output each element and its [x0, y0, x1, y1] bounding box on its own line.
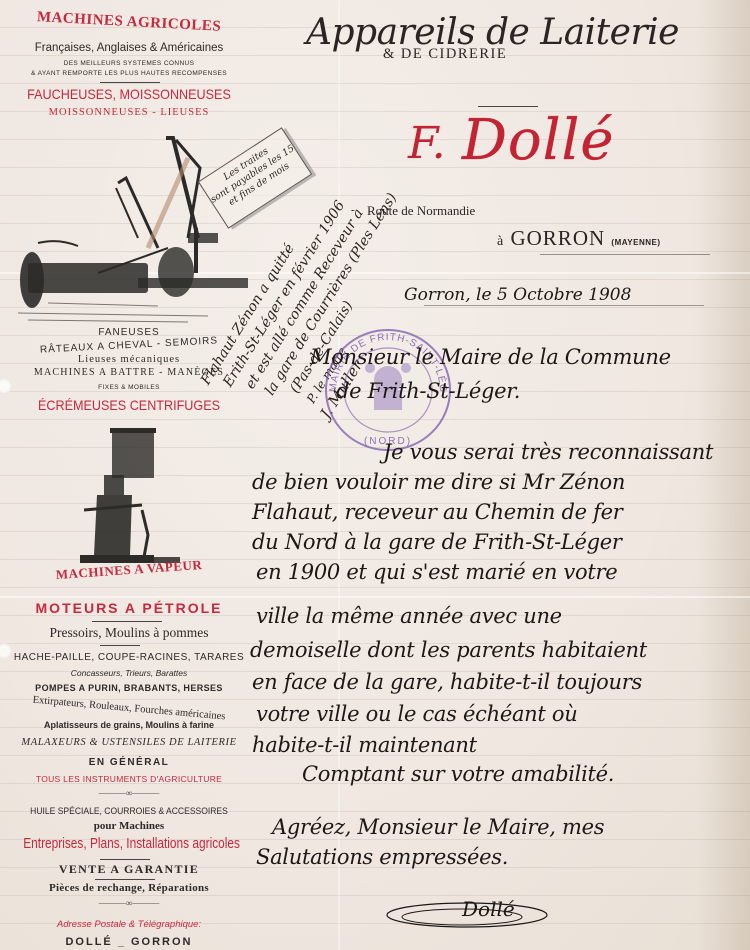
divider	[100, 82, 160, 83]
recipient-line-1: Monsieur le Maire de la Commune	[310, 345, 671, 369]
ornament-divider: ———∞———	[0, 788, 258, 798]
town-address: à GORRON (MAYENNE)	[497, 226, 661, 251]
body-line: Comptant sur votre amabilité.	[302, 762, 614, 786]
pompes-text: POMPES A PURIN, BRABANTS, HERSES	[0, 683, 258, 693]
en-general-text: EN GÉNÉRAL	[0, 757, 258, 768]
body-line: votre ville ou le cas échéant où	[256, 702, 577, 726]
divider	[540, 254, 710, 255]
divider	[100, 859, 150, 860]
entreprises-text: Entreprises, Plans, Installations agrico…	[23, 836, 235, 852]
moteurs-petrole-heading: MOTEURS A PÉTROLE	[0, 600, 258, 616]
cidrerie-heading: & DE CIDRERIE	[383, 46, 507, 63]
divider	[478, 106, 538, 107]
aplatisseurs-text: Aplatisseurs de grains, Moulins à farine	[0, 720, 258, 730]
body-line: en 1900 et qui s'est marié en votre	[256, 560, 617, 584]
ornament-divider: ———∞———	[0, 898, 258, 908]
divider	[100, 645, 140, 646]
town-name: GORRON	[510, 226, 605, 250]
pieces-text: Pièces de rechange, Réparations	[0, 882, 258, 894]
instruments-text: TOUS LES INSTRUMENTS D'AGRICULTURE	[0, 774, 258, 784]
ecremeuses-text: ÉCRÉMEUSES CENTRIFUGES	[13, 397, 245, 413]
hache-paille-text: HACHE-PAILLE, COUPE-RACINES, TARARES	[0, 652, 258, 663]
paper-fold	[0, 596, 750, 598]
body-line: ville la même année avec une	[256, 604, 562, 628]
cream-separator-illustration	[72, 425, 182, 575]
concasseurs-text: Concasseurs, Trieurs, Barattes	[0, 668, 258, 678]
divider	[92, 621, 162, 622]
pour-machines-text: pour Machines	[0, 820, 258, 832]
origins-text: Françaises, Anglaises & Américaines	[0, 42, 258, 54]
recipient-line-2: de Frith-St-Léger.	[336, 379, 520, 403]
body-line: de bien vouloir me dire si Mr Zénon	[252, 470, 625, 494]
body-line: demoiselle dont les parents habitaient	[250, 638, 647, 662]
signature: Dollé	[462, 897, 515, 921]
telegraphic-address: DOLLÉ _ GORRON	[0, 936, 258, 948]
divider	[95, 879, 155, 880]
body-line: en face de la gare, habite-t-il toujours	[252, 670, 642, 694]
pressoirs-text: Pressoirs, Moulins à pommes	[0, 625, 258, 641]
body-line: Flahaut, receveur au Chemin de fer	[252, 500, 623, 524]
body-line: habite-t-il maintenant	[252, 733, 477, 757]
tagline-2: & AYANT REMPORTE LES PLUS HAUTES RECOMPE…	[0, 70, 258, 77]
adresse-label: Adresse Postale & Télégraphique:	[0, 919, 258, 930]
closing-line-1: Agréez, Monsieur le Maire, mes	[272, 815, 604, 839]
huile-text: HUILE SPÉCIALE, COURROIES & ACCESSOIRES	[13, 806, 245, 817]
closing-line-2: Salutations empressées.	[256, 845, 508, 869]
dateline-rule	[424, 305, 704, 306]
faucheuses-text: FAUCHEUSES, MOISSONNEUSES	[13, 86, 245, 102]
region-name: (MAYENNE)	[611, 238, 660, 247]
town-prefix: à	[497, 234, 504, 249]
dateline: Gorron, le 5 Octobre 1908	[404, 285, 631, 305]
vente-garantie-text: VENTE A GARANTIE	[0, 862, 258, 877]
tagline-1: DES MEILLEURS SYSTEMES CONNUS	[0, 60, 258, 67]
body-line: du Nord à la gare de Frith-St-Léger	[252, 530, 622, 554]
malaxeurs-text: MALAXEURS & USTENSILES DE LAITERIE	[0, 737, 258, 748]
signature-block: Dollé	[382, 893, 552, 933]
company-name: Dollé	[462, 108, 615, 173]
body-line: Je vous serai très reconnaissant	[383, 440, 713, 464]
